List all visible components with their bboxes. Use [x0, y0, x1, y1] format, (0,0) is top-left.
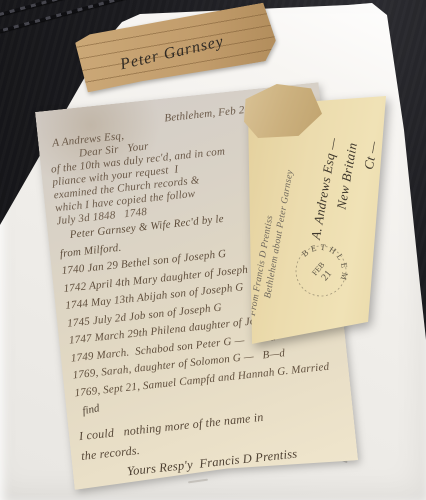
letter-inserted-word: find	[81, 402, 100, 417]
photo-scene: Bethlehem, Feb 20th A Andrews Esq, Dear …	[0, 0, 426, 500]
